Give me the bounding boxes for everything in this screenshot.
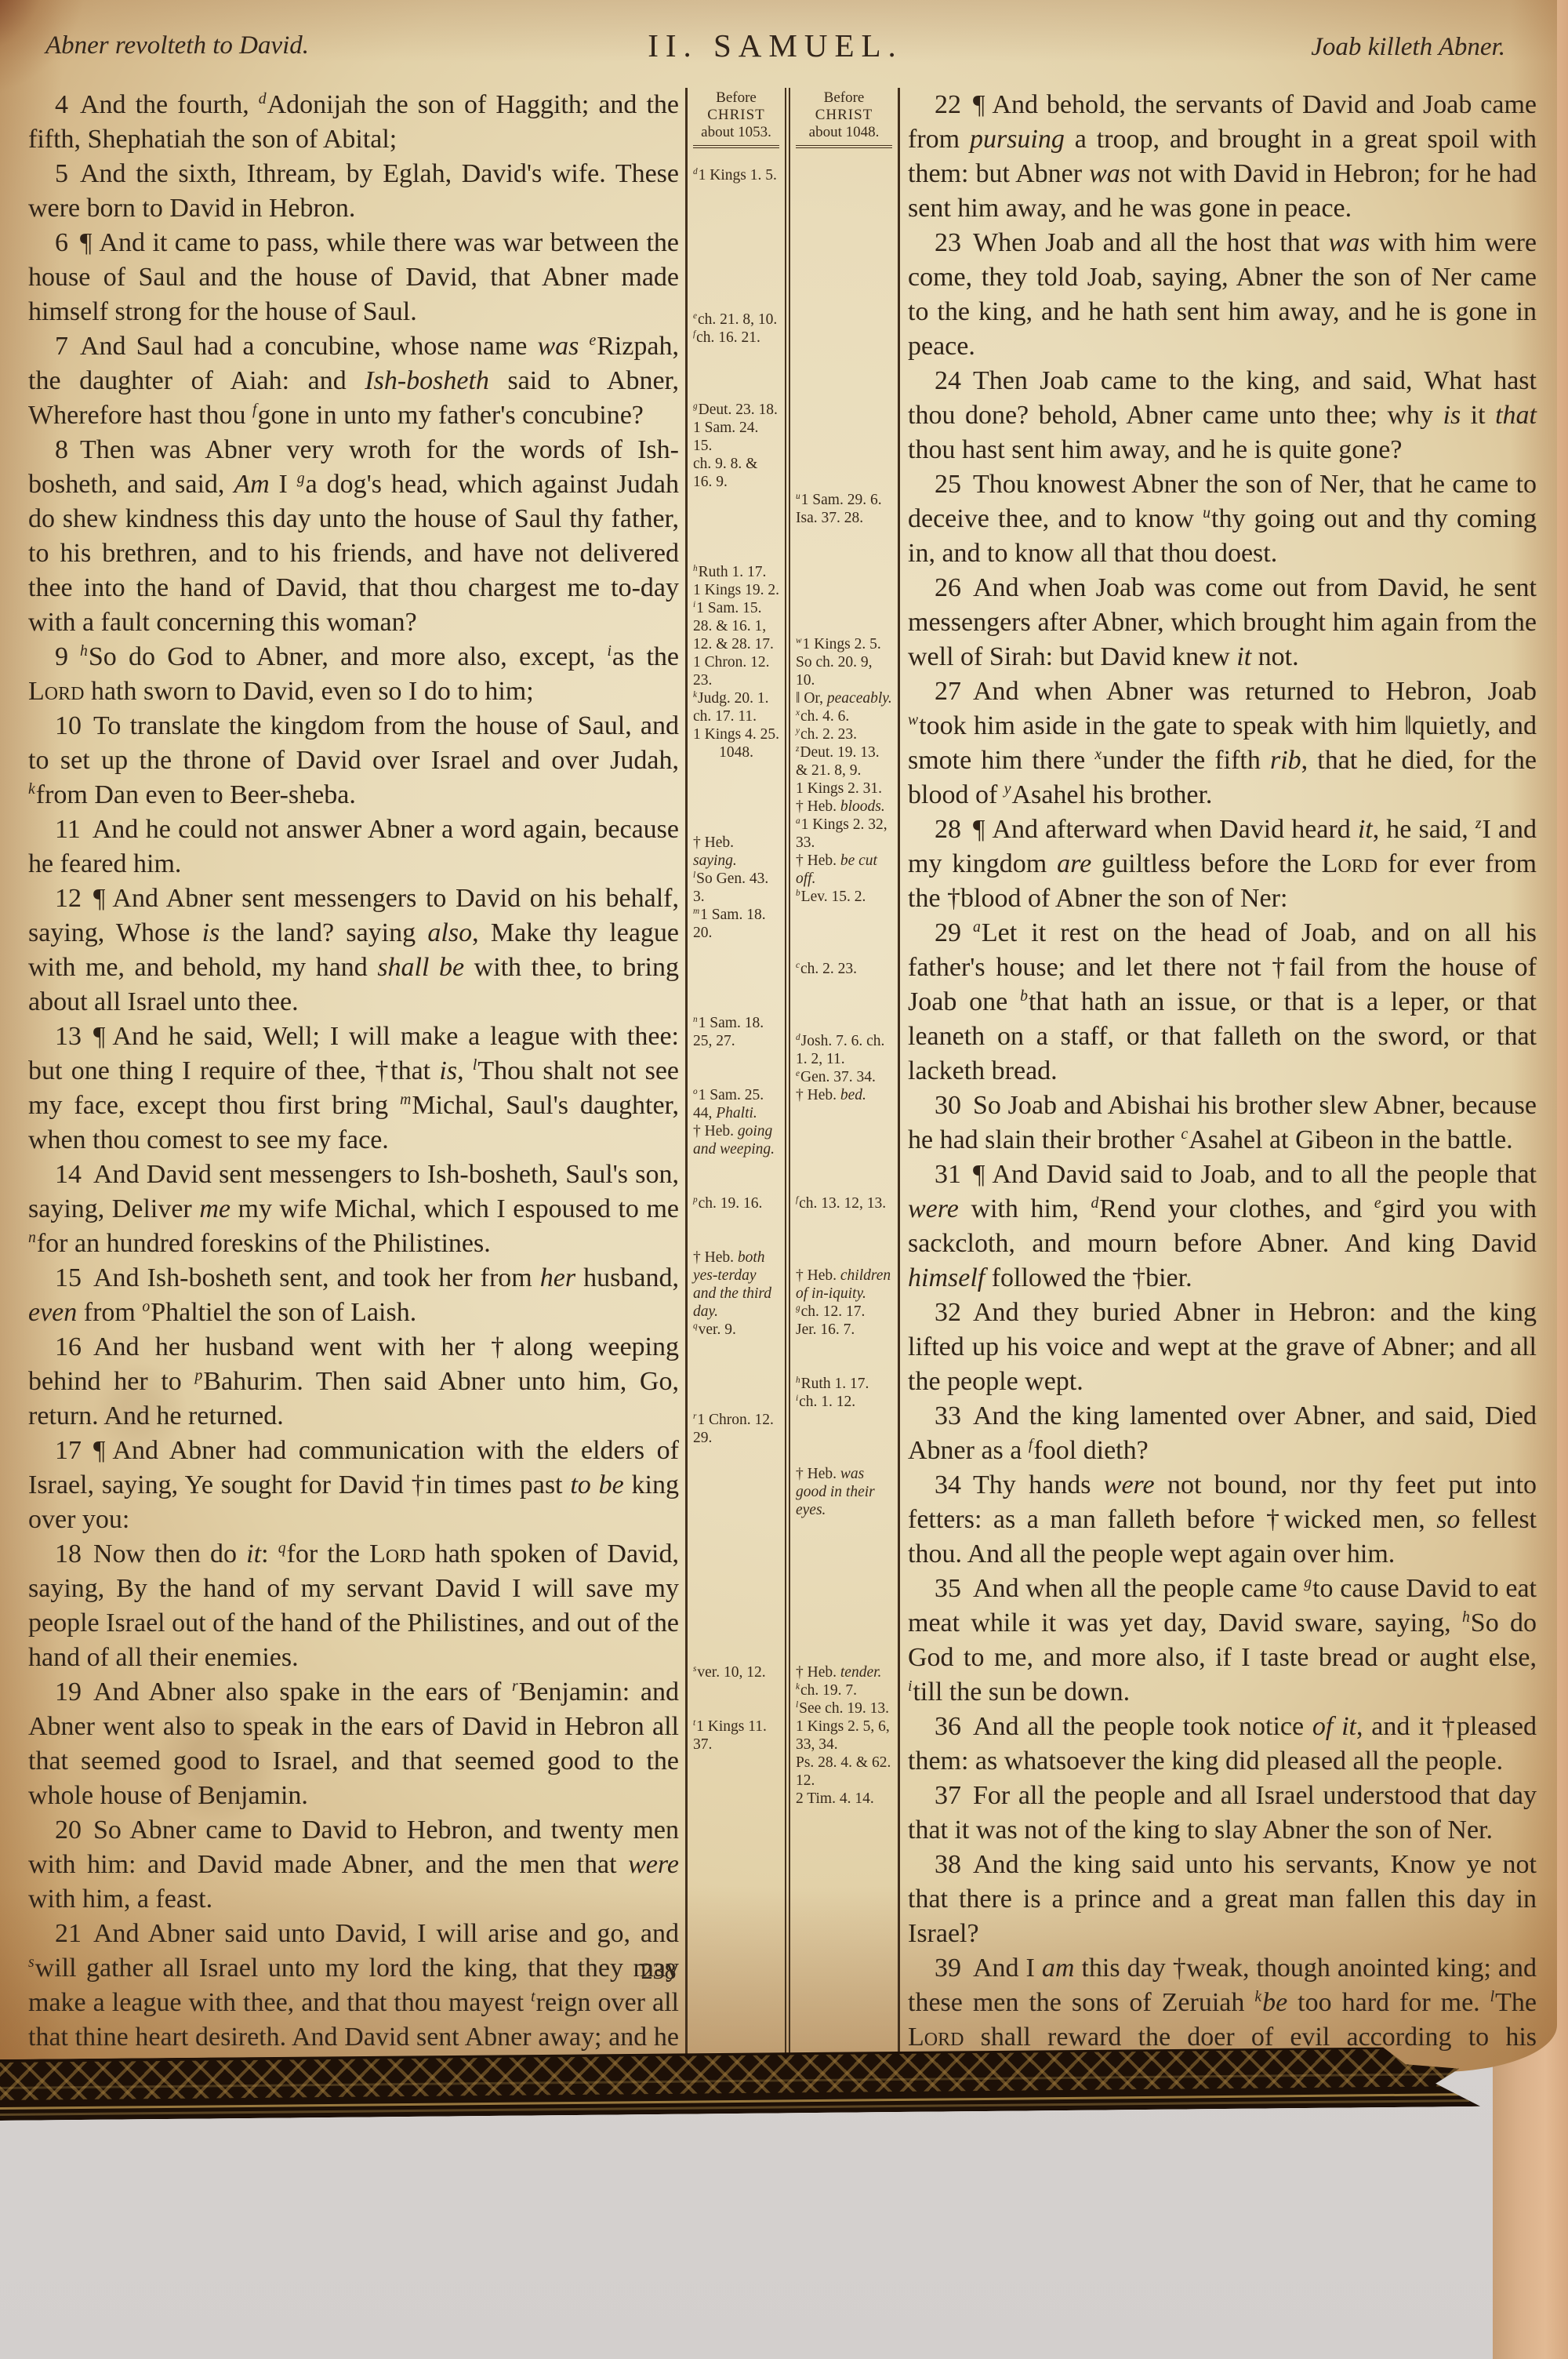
margin-reference: sver. 10, 12. (693, 1663, 779, 1681)
margin-reference: zDeut. 19. 13. & 21. 8, 9. (796, 743, 892, 780)
margin-reference: † Heb. was good in their eyes. (796, 1465, 892, 1519)
margin-reference: qver. 9. (693, 1321, 779, 1339)
page-title: II. SAMUEL. (45, 27, 1505, 64)
photo-of-bible-page: Abner revolteth to David. II. SAMUEL. Jo… (0, 0, 1568, 2359)
reference-column-left: Before CHRIST about 1053. d1 Kings 1. 5.… (685, 88, 790, 2089)
verse-16: 16And her husband went with her †along w… (28, 1330, 679, 1434)
margin-reference: fch. 16. 21. (693, 329, 779, 347)
margin-reference: lSo Gen. 43. 3. (693, 870, 779, 906)
bc-line1: Before (796, 89, 892, 107)
margin-reference: † Heb. going and weeping. (693, 1122, 779, 1158)
margin-reference: ych. 2. 23. (796, 725, 892, 743)
margin-reference: Isa. 37. 28. (796, 509, 892, 527)
verse-33: 33And the king lamented over Abner, and … (908, 1399, 1537, 1468)
verse-34: 34Thy hands were not bound, nor thy feet… (908, 1468, 1537, 1572)
margin-reference: 1 Kings 19. 2. (693, 581, 779, 599)
margin-reference: w1 Kings 2. 5. (796, 635, 892, 653)
bible-page: Abner revolteth to David. II. SAMUEL. Jo… (0, 0, 1557, 2072)
verse-36: 36And all the people took notice of it, … (908, 1710, 1537, 1779)
page-number: 238 (549, 1958, 768, 1985)
margin-reference: 1 Chron. 12. 23. (693, 653, 779, 689)
verse-9: 9hSo do God to Abner, and more also, exc… (28, 640, 679, 709)
margin-reference: a1 Kings 2. 32, 33. (796, 816, 892, 852)
margin-reference: m1 Sam. 18. 20. (693, 906, 779, 942)
margin-reference: † Heb. both yes-terday and the third day… (693, 1249, 779, 1321)
verse-12: 12¶And Abner sent messengers to David on… (28, 881, 679, 1020)
page-body: 4And the fourth, dAdonijah the son of Ha… (28, 88, 1537, 1964)
verse-30: 30So Joab and Abishai his brother slew A… (908, 1089, 1537, 1158)
verse-10: 10To translate the kingdom from the hous… (28, 709, 679, 812)
verse-29: 29aLet it rest on the head of Joab, and … (908, 916, 1537, 1089)
margin-reference: o1 Sam. 25. 44, Phalti. (693, 1086, 779, 1122)
margin-reference: Jer. 16. 7. (796, 1321, 892, 1339)
margin-reference: † Heb. bloods. (796, 798, 892, 816)
margin-reference: ‖ Or, peaceably. (796, 689, 892, 707)
running-head-row: Abner revolteth to David. II. SAMUEL. Jo… (45, 27, 1505, 71)
verse-32: 32And they buried Abner in Hebron: and t… (908, 1296, 1537, 1399)
verse-25: 25Thou knowest Abner the son of Ner, tha… (908, 467, 1537, 571)
before-christ-header-right: Before CHRIST about 1048. (796, 88, 892, 148)
margin-reference: 1 Sam. 24. 15. (693, 419, 779, 455)
verse-18: 18Now then do it: qfor the Lord hath spo… (28, 1537, 679, 1675)
margin-reference: hRuth 1. 17. (796, 1375, 892, 1393)
margin-reference: 2 Tim. 4. 14. (796, 1790, 892, 1808)
margin-reference: ich. 1. 12. (796, 1393, 892, 1411)
verse-8: 8Then was Abner very wroth for the words… (28, 433, 679, 640)
margin-reference: ch. 17. 11. (693, 707, 779, 725)
verse-20: 20So Abner came to David to Hebron, and … (28, 1813, 679, 1917)
margin-reference: 1 Kings 2. 5, 6, 33, 34. (796, 1717, 892, 1754)
margin-reference: † Heb. bed. (796, 1086, 892, 1104)
verse-38: 38And the king said unto his servants, K… (908, 1848, 1537, 1951)
margin-reference: n1 Sam. 18. 25, 27. (693, 1014, 779, 1050)
margin-reference: r1 Chron. 12. 29. (693, 1411, 779, 1447)
reference-column-right: Before CHRIST about 1048. u1 Sam. 29. 6.… (790, 88, 900, 2089)
margin-reference: eGen. 37. 34. (796, 1068, 892, 1086)
verse-31: 31¶And David said to Joab, and to all th… (908, 1158, 1537, 1296)
before-christ-header-left: Before CHRIST about 1053. (693, 88, 779, 148)
margin-reference: fch. 13. 12, 13. (796, 1194, 892, 1212)
margin-reference: † Heb. children of in-iquity. (796, 1267, 892, 1303)
margin-reference: So ch. 20. 9, 10. (796, 653, 892, 689)
bc-line2: CHRIST (796, 107, 892, 124)
verse-22: 22¶And behold, the servants of David and… (908, 88, 1537, 226)
verse-6: 6¶And it came to pass, while there was w… (28, 226, 679, 329)
margin-reference: 1048. (693, 743, 779, 761)
verse-4: 4And the fourth, dAdonijah the son of Ha… (28, 88, 679, 157)
margin-reference: ech. 21. 8, 10. (693, 311, 779, 329)
margin-reference: Ps. 28. 4. & 62. 12. (796, 1754, 892, 1790)
margin-reference: cch. 2. 23. (796, 960, 892, 978)
margin-reference: lSee ch. 19. 13. (796, 1699, 892, 1717)
verse-28: 28¶And afterward when David heard it, he… (908, 812, 1537, 916)
margin-reference: kJudg. 20. 1. (693, 689, 779, 707)
verse-17: 17¶And Abner had communication with the … (28, 1434, 679, 1537)
margin-reference: t1 Kings 11. 37. (693, 1717, 779, 1754)
verse-13: 13¶And he said, Well; I will make a leag… (28, 1020, 679, 1158)
verse-11: 11And he could not answer Abner a word a… (28, 812, 679, 881)
right-text-column: 22¶And behold, the servants of David and… (900, 88, 1537, 2089)
margin-reference: gch. 12. 17. (796, 1303, 892, 1321)
verse-5: 5And the sixth, Ithream, by Eglah, David… (28, 157, 679, 226)
margin-reference: hRuth 1. 17. (693, 563, 779, 581)
verse-7: 7And Saul had a concubine, whose name wa… (28, 329, 679, 433)
margin-reference: 1 Kings 4. 25. (693, 725, 779, 743)
verse-23: 23When Joab and all the host that was wi… (908, 226, 1537, 364)
bc-line1: Before (693, 89, 779, 107)
bc-line3: about 1053. (693, 124, 779, 141)
margin-reference: † Heb. saying. (693, 834, 779, 870)
margin-reference: xch. 4. 6. (796, 707, 892, 725)
bc-line2: CHRIST (693, 107, 779, 124)
verse-15: 15And Ish-bosheth sent, and took her fro… (28, 1261, 679, 1330)
verse-19: 19And Abner also spake in the ears of rB… (28, 1675, 679, 1813)
verse-24: 24Then Joab came to the king, and said, … (908, 364, 1537, 467)
margin-reference: † Heb. be cut off. (796, 852, 892, 888)
margin-reference: kch. 19. 7. (796, 1681, 892, 1699)
verse-14: 14And David sent messengers to Ish-boshe… (28, 1158, 679, 1261)
margin-reference: d1 Kings 1. 5. (693, 166, 779, 184)
verse-26: 26And when Joab was come out from David,… (908, 571, 1537, 674)
running-head-right: Joab killeth Abner. (1311, 33, 1505, 62)
margin-reference: ch. 9. 8. & 16. 9. (693, 455, 779, 491)
left-text-column: 4And the fourth, dAdonijah the son of Ha… (28, 88, 685, 2089)
margin-reference: gDeut. 23. 18. (693, 401, 779, 419)
verse-35: 35And when all the people came gto cause… (908, 1572, 1537, 1710)
verse-37: 37For all the people and all Israel unde… (908, 1779, 1537, 1848)
margin-reference: † Heb. tender. (796, 1663, 892, 1681)
margin-reference: pch. 19. 16. (693, 1194, 779, 1212)
margin-reference: u1 Sam. 29. 6. (796, 491, 892, 509)
margin-reference: dJosh. 7. 6. ch. 1. 2, 11. (796, 1032, 892, 1068)
bc-line3: about 1048. (796, 124, 892, 141)
margin-reference: i1 Sam. 15. 28. & 16. 1, 12. & 28. 17. (693, 599, 779, 653)
verse-27: 27And when Abner was returned to Hebron,… (908, 674, 1537, 812)
margin-reference: bLev. 15. 2. (796, 888, 892, 906)
margin-reference: 1 Kings 2. 31. (796, 780, 892, 798)
